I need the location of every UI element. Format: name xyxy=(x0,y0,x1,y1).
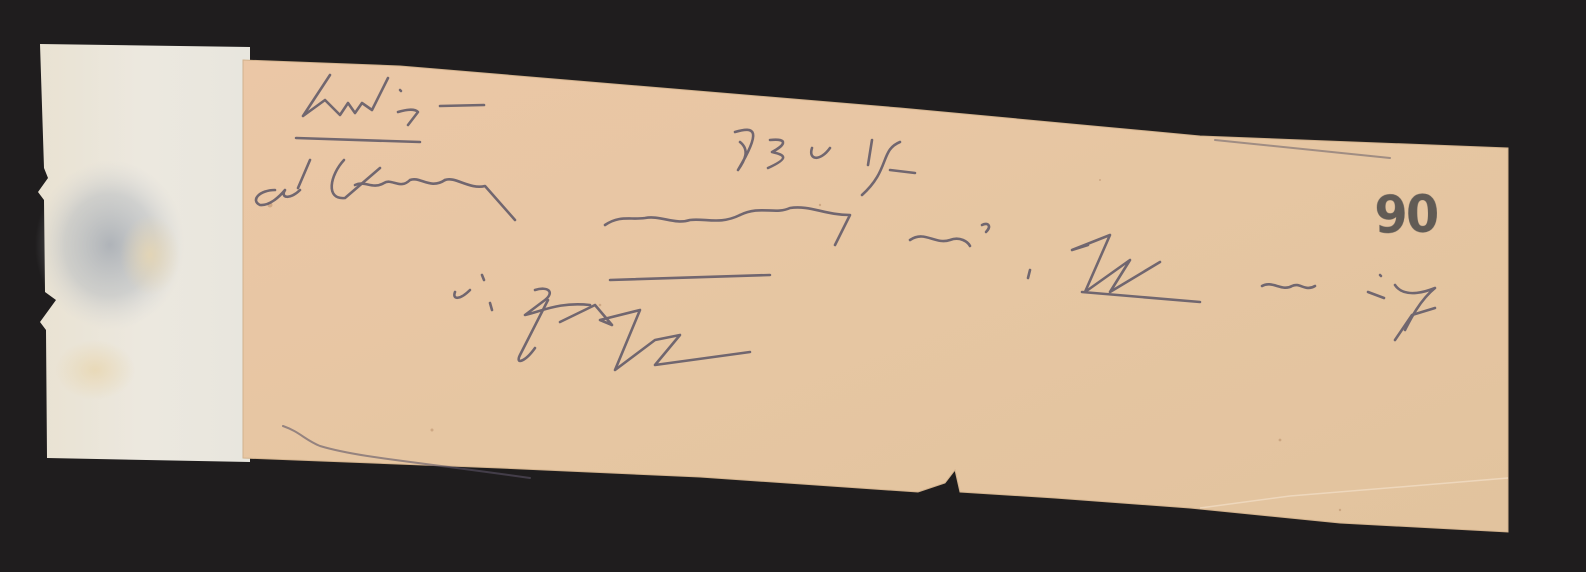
page-number: 90 xyxy=(1374,185,1438,246)
document-scan: 90 Kri… …eif … … xyxy=(0,0,1586,572)
paper-slip xyxy=(243,60,1508,532)
document-image xyxy=(0,0,1586,572)
backing-strip xyxy=(35,44,250,462)
